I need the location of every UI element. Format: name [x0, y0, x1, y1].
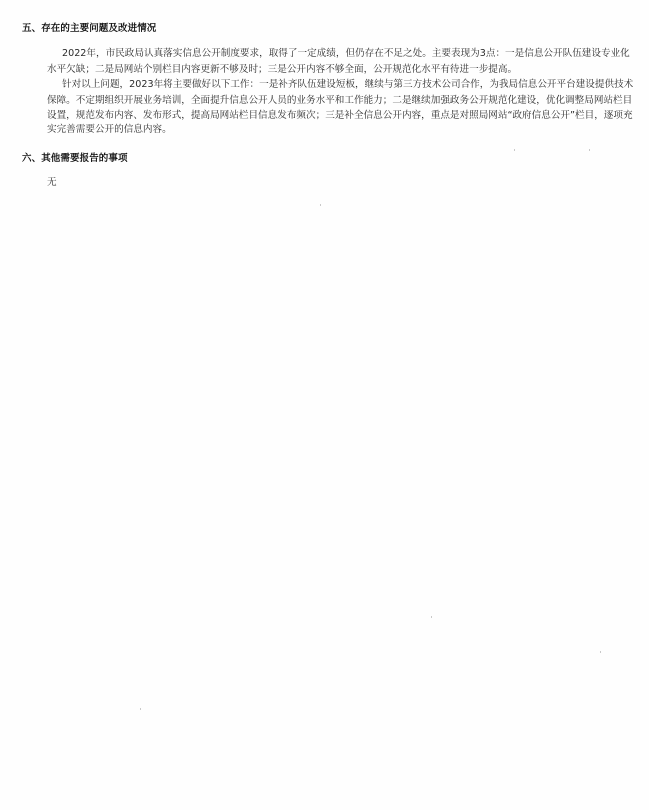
paragraph-2-line-3: 设置，规范发布内容、发布形式，提高局网站栏目信息发布频次；三是补全信息公开内容，…	[47, 110, 633, 122]
scan-speck	[320, 204, 321, 206]
paragraph-2-line-1: 针对以上问题，2023年将主要做好以下工作：一是补齐队伍建设短板，继续与第三方技…	[62, 79, 633, 91]
scan-speck	[514, 149, 515, 151]
paragraph-1-line-2: 水平欠缺；二是局网站个别栏目内容更新不够及时；三是公开内容不够全面，公开规范化水…	[47, 64, 517, 76]
scan-speck	[140, 708, 141, 710]
section-heading-problems-and-improvements: 五、存在的主要问题及改进情况	[22, 20, 156, 34]
other-matters-body: 无	[47, 177, 57, 189]
paragraph-1-line-1: 2022年，市民政局认真落实信息公开制度要求，取得了一定成绩，但仍存在不足之处。…	[62, 48, 630, 60]
paragraph-2-line-2: 保障。不定期组织开展业务培训，全面提升信息公开人员的业务水平和工作能力；二是继续…	[47, 95, 632, 107]
paragraph-2-line-4: 实完善需要公开的信息内容。	[47, 124, 172, 136]
document-page: 五、存在的主要问题及改进情况 2022年，市民政局认真落实信息公开制度要求，取得…	[0, 0, 649, 810]
scan-speck	[431, 616, 432, 618]
scan-speck	[600, 651, 601, 653]
section-heading-other-matters: 六、其他需要报告的事项	[22, 150, 128, 164]
scan-speck	[589, 149, 590, 151]
